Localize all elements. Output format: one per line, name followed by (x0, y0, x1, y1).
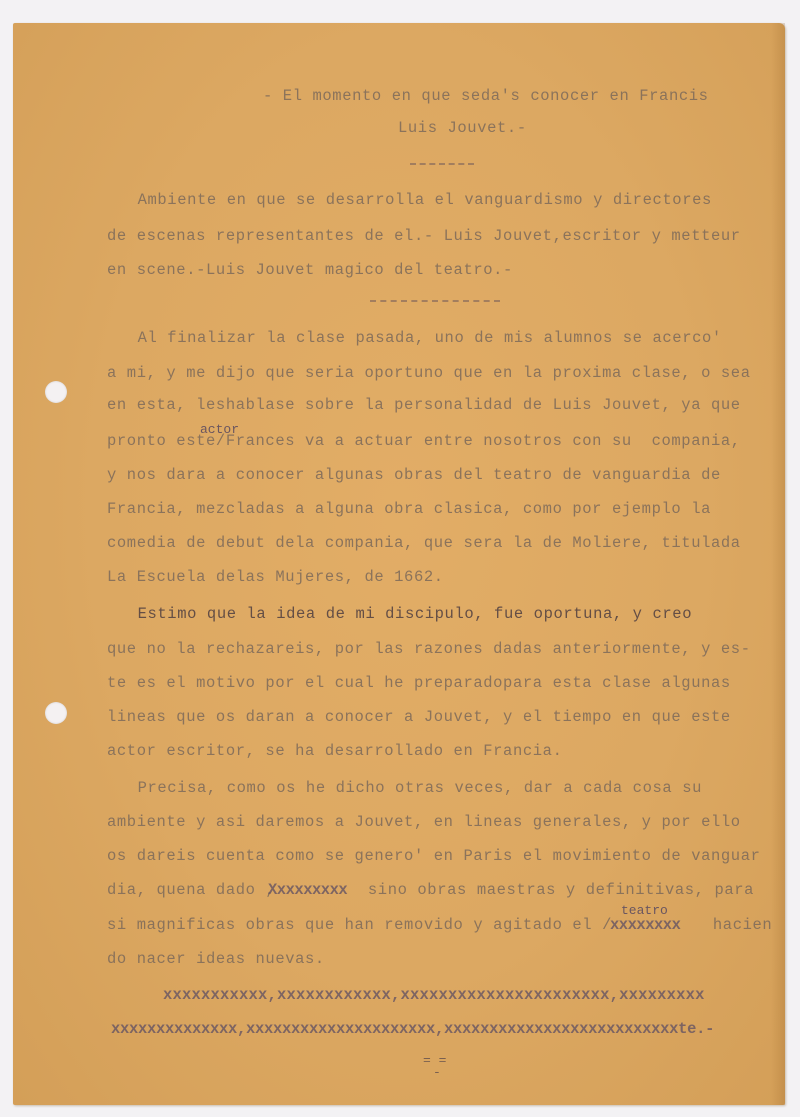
summary-line: en scene.-Luis Jouvet magico del teatro.… (107, 261, 513, 279)
document-page: - El momento en que seda's conocer en Fr… (13, 23, 785, 1105)
title-divider (410, 163, 474, 165)
footer-dash: - (433, 1065, 441, 1080)
paragraph-1-line: Al finalizar la clase pasada, uno de mis… (98, 329, 722, 347)
struck-word-2: xxxxxxxx (610, 916, 680, 934)
paragraph-2-line: Estimo que la idea de mi discipulo, fue … (98, 605, 692, 623)
punch-hole-top (45, 381, 67, 403)
paragraph-1-line: a mi, y me dijo que seria oportuno que e… (107, 364, 751, 382)
struck-out-line: xxxxxxxxxxxxxx,xxxxxxxxxxxxxxxxxxxxx,xxx… (111, 1020, 714, 1038)
paragraph-3-line: sino obras maestras y definitivas, para (358, 881, 754, 899)
paragraph-1-line: La Escuela delas Mujeres, de 1662. (107, 568, 444, 586)
summary-line: Ambiente en que se desarrolla el vanguar… (98, 191, 712, 209)
paragraph-2-line: actor escritor, se ha desarrollado en Fr… (107, 742, 562, 760)
paragraph-3-line: do nacer ideas nuevas. (107, 950, 325, 968)
paragraph-2-line: lineas que os daran a conocer a Jouvet, … (107, 708, 731, 726)
struck-word-1: Xxxxxxxxx (268, 881, 347, 899)
punch-hole-bottom (45, 702, 67, 724)
summary-line: de escenas representantes de el.- Luis J… (107, 227, 741, 245)
title-line-2: Luis Jouvet.- (398, 119, 527, 137)
title-line-1: - El momento en que seda's conocer en Fr… (263, 87, 709, 105)
paragraph-1-line: y nos dara a conocer algunas obras del t… (107, 466, 721, 484)
paragraph-3-line: si magnificas obras que han removido y a… (107, 916, 612, 934)
struck-out-line: xxxxxxxxxxx,xxxxxxxxxxxx,xxxxxxxxxxxxxxx… (163, 986, 705, 1004)
paragraph-1-line: Francia, mezcladas a alguna obra clasica… (107, 500, 711, 518)
paragraph-3-line: ambiente y asi daremos a Jouvet, en line… (107, 813, 741, 831)
paragraph-3-line: os dareis cuenta como se genero' en Pari… (107, 847, 761, 865)
paragraph-1-line: comedia de debut dela compania, que sera… (107, 534, 741, 552)
paragraph-3-line: dia, quena dado , (107, 881, 275, 899)
paragraph-3-line: Precisa, como os he dicho otras veces, d… (98, 779, 702, 797)
paragraph-1-line: pronto este/Frances va a actuar entre no… (107, 432, 741, 450)
paragraph-2-line: te es el motivo por el cual he preparado… (107, 674, 731, 692)
paragraph-2-line: que no la rechazareis, por las razones d… (107, 640, 751, 658)
summary-divider (370, 300, 500, 302)
paragraph-3-line: hacien (703, 916, 772, 934)
paragraph-1-line: en esta, leshablase sobre la personalida… (107, 396, 741, 414)
